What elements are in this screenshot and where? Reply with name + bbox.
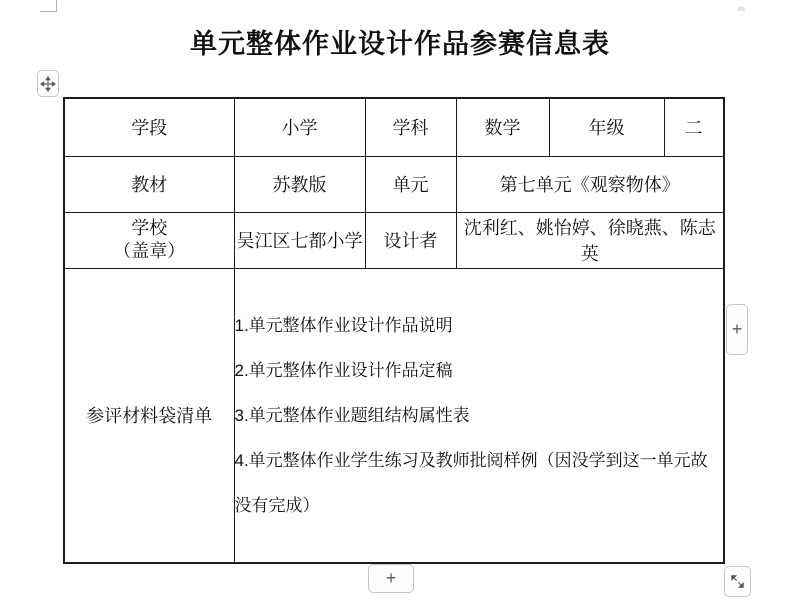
- table-row: 学段 小学 学科 数学 年级 二: [64, 98, 724, 156]
- cell-stage-value[interactable]: 小学: [234, 98, 365, 156]
- add-column-button[interactable]: +: [726, 304, 748, 355]
- cell-materials-list[interactable]: 1.单元整体作业设计作品说明 2.单元整体作业设计作品定稿 3.单元整体作业题组…: [234, 268, 724, 563]
- material-list-item: 3.单元整体作业题组结构属性表: [235, 393, 724, 438]
- cell-school-value[interactable]: 吴江区七都小学: [234, 212, 365, 268]
- material-list-item: 1.单元整体作业设计作品说明: [235, 303, 724, 348]
- move-arrows-icon: [40, 76, 56, 92]
- cell-subject-value[interactable]: 数学: [456, 98, 549, 156]
- school-label-line1: 学校: [65, 217, 234, 240]
- material-list-item: 4.单元整体作业学生练习及教师批阅样例（因没学到这一单元故没有完成）: [235, 438, 724, 528]
- add-row-button[interactable]: +: [368, 564, 414, 593]
- material-list-item: 2.单元整体作业设计作品定稿: [235, 348, 724, 393]
- cell-designer-label[interactable]: 设计者: [365, 212, 456, 268]
- cell-school-label[interactable]: 学校 （盖章）: [64, 212, 234, 268]
- cell-unit-label[interactable]: 单元: [365, 156, 456, 212]
- table-row: 教材 苏教版 单元 第七单元《观察物体》: [64, 156, 724, 212]
- page-edge-mark: [738, 7, 745, 11]
- cell-stage-label[interactable]: 学段: [64, 98, 234, 156]
- cell-designer-value[interactable]: 沈利红、姚怡婷、徐晓燕、陈志英: [456, 212, 724, 268]
- cell-grade-label[interactable]: 年级: [549, 98, 664, 156]
- cell-textbook-label[interactable]: 教材: [64, 156, 234, 212]
- plus-icon: +: [732, 320, 743, 338]
- table-row: 学校 （盖章） 吴江区七都小学 设计者 沈利红、姚怡婷、徐晓燕、陈志英: [64, 212, 724, 268]
- cell-textbook-value[interactable]: 苏教版: [234, 156, 365, 212]
- page-title[interactable]: 单元整体作业设计作品参赛信息表: [0, 22, 800, 61]
- table-move-handle[interactable]: [37, 70, 59, 97]
- info-table: 学段 小学 学科 数学 年级 二 教材 苏教版 单元 第七单元《观察物体》 学校…: [63, 97, 725, 564]
- cell-unit-value[interactable]: 第七单元《观察物体》: [456, 156, 724, 212]
- school-label-line2: （盖章）: [65, 240, 234, 263]
- document-page: 单元整体作业设计作品参赛信息表 学段 小学 学科: [0, 0, 800, 600]
- cell-materials-label[interactable]: 参评材料袋清单: [64, 268, 234, 563]
- plus-icon: +: [386, 569, 397, 587]
- page-margin-corner-mark: [40, 0, 57, 12]
- cell-subject-label[interactable]: 学科: [365, 98, 456, 156]
- resize-diagonal-icon: [729, 573, 746, 590]
- cell-grade-value[interactable]: 二: [664, 98, 724, 156]
- table-row: 参评材料袋清单 1.单元整体作业设计作品说明 2.单元整体作业设计作品定稿 3.…: [64, 268, 724, 563]
- table-resize-handle[interactable]: [724, 566, 751, 597]
